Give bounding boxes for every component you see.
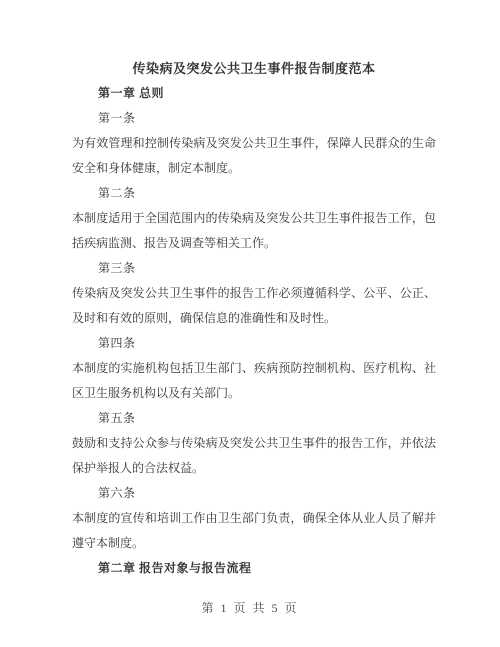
article-5-paragraph: 鼓励和支持公众参与传染病及突发公共卫生事件的报告工作，并依法保护举报人的合法权益… <box>72 431 436 481</box>
article-label-1: 第一条 <box>72 106 436 131</box>
document-page: 传染病及突发公共卫生事件报告制度范本 第一章 总则 第一条 为有效管理和控制传染… <box>0 0 500 647</box>
document-title: 传染病及突发公共卫生事件报告制度范本 <box>72 56 436 81</box>
chapter-heading-2: 第二章 报告对象与报告流程 <box>72 556 436 581</box>
article-label-4: 第四条 <box>72 331 436 356</box>
page-number-indicator: 第 1 页 共 5 页 <box>0 598 500 618</box>
article-label-5: 第五条 <box>72 406 436 431</box>
article-6-paragraph: 本制度的宣传和培训工作由卫生部门负责，确保全体从业人员了解并遵守本制度。 <box>72 506 436 556</box>
article-label-6: 第六条 <box>72 481 436 506</box>
article-4-paragraph: 本制度的实施机构包括卫生部门、疾病预防控制机构、医疗机构、社区卫生服务机构以及有… <box>72 356 436 406</box>
article-1-paragraph: 为有效管理和控制传染病及突发公共卫生事件，保障人民群众的生命安全和身体健康，制定… <box>72 131 436 181</box>
article-3-paragraph: 传染病及突发公共卫生事件的报告工作必须遵循科学、公平、公正、及时和有效的原则，确… <box>72 281 436 331</box>
chapter-heading-1: 第一章 总则 <box>72 81 436 106</box>
document-body: 传染病及突发公共卫生事件报告制度范本 第一章 总则 第一条 为有效管理和控制传染… <box>72 56 436 581</box>
article-label-2: 第二条 <box>72 181 436 206</box>
article-label-3: 第三条 <box>72 256 436 281</box>
article-2-paragraph: 本制度适用于全国范围内的传染病及突发公共卫生事件报告工作，包括疾病监测、报告及调… <box>72 206 436 256</box>
